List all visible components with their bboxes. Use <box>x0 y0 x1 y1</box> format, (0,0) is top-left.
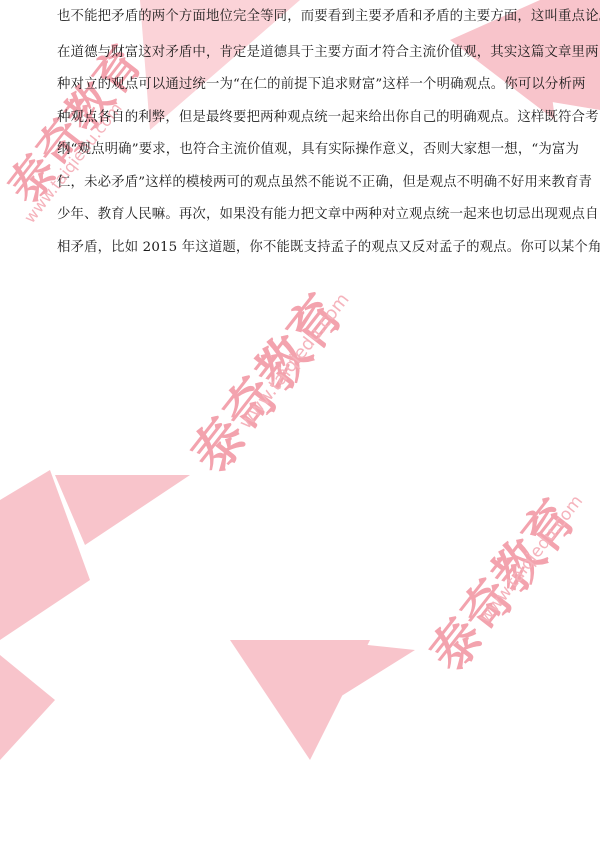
paragraph-line: 相矛盾，比如 2015 年这道题，你不能既支持孟子的观点又反对孟子的观点。你可以… <box>57 240 550 256</box>
paragraph-line: 仁，未必矛盾”这样的模棱两可的观点虽然不能说不正确，但是观点不明确不好用来教育青 <box>57 175 550 191</box>
paragraph-line: 种对立的观点可以通过统一为“在仁的前提下追求财富”这样一个明确观点。你可以分析两 <box>57 77 550 93</box>
document-page: 也不能把矛盾的两个方面地位完全等同，而要看到主要矛盾和矛盾的主要方面，这叫重点论… <box>0 0 600 856</box>
paragraph-line: 在道德与财富这对矛盾中，肯定是道德具于主要方面才符合主流价值观，其实这篇文章里两 <box>57 45 550 61</box>
paragraph-line: 种观点各自的利弊，但是最终要把两种观点统一起来给出你自己的明确观点。这样既符合考 <box>57 110 550 126</box>
paragraph-line: 纲“观点明确”要求，也符合主流价值观，具有实际操作意义，否则大家想一想，“为富为 <box>57 142 550 158</box>
paragraph-line: 少年、教育人民嘛。再次，如果没有能力把文章中两种对立观点统一起来也切忌出现观点自 <box>57 207 550 223</box>
paragraph-line: 也不能把矛盾的两个方面地位完全等同，而要看到主要矛盾和矛盾的主要方面，这叫重点论… <box>57 9 550 25</box>
